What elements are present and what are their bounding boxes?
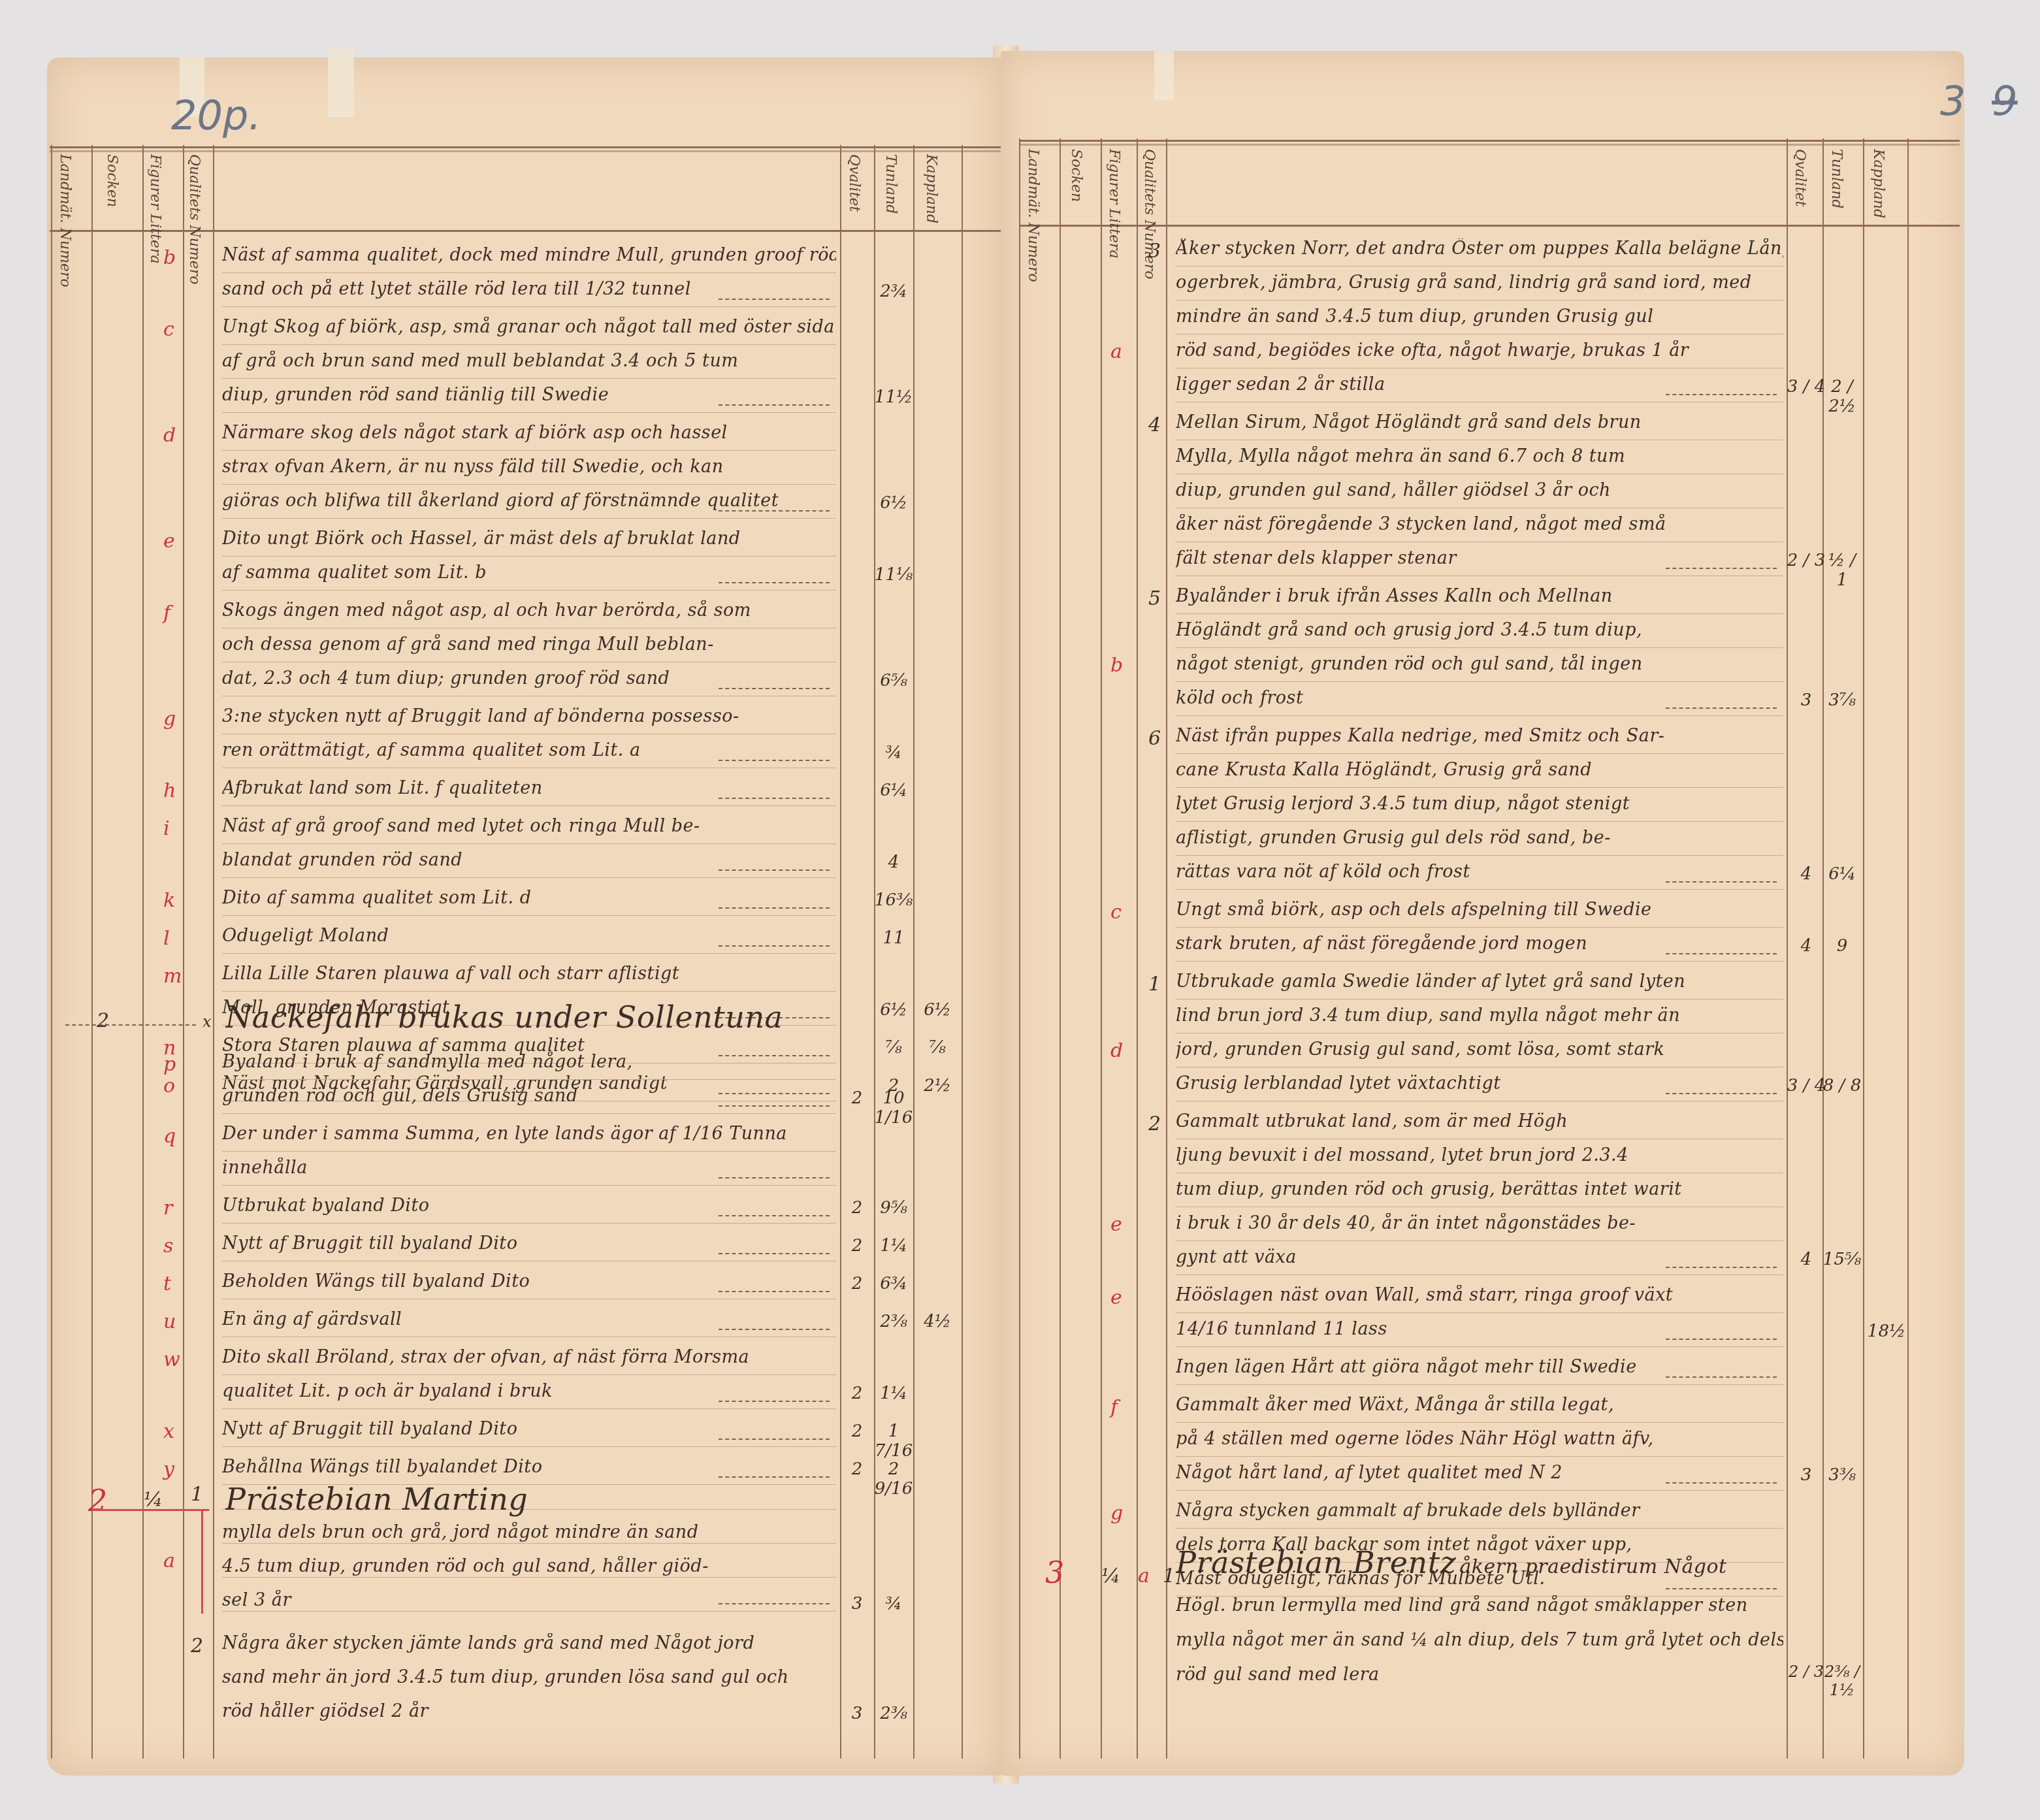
col-line [183,145,184,1759]
entry-line: rättas vara nöt af köld och frost [1176,862,1783,882]
section-heading-marting: Prästebian Marting [225,1482,528,1517]
leader-dots [719,299,830,300]
entry-line: Beholden Wängs till byaland Dito [222,1271,836,1292]
line-text: Ingen lägen Hårt att giöra något mehr ti… [1176,1357,1637,1377]
heading-text: Prästebian Brentz [1176,1545,1456,1580]
folio-struck: 9 [1992,77,2017,125]
ruled-line [1176,542,1783,542]
entry-marker: 3 [1148,240,1161,263]
qvalitet-value: 2 [837,1236,877,1256]
entry-marker: 1 [1148,973,1161,996]
tunland-value: 6⅝ [874,671,913,691]
ruled-line [222,1374,836,1375]
tunland-value: 2⅜ [874,1312,913,1331]
folio-number-right: 3 9 [1940,77,2018,125]
ruled-line [1176,1033,1783,1033]
entry-line: Åker stycken Norr, det andra Öster om pu… [1176,238,1783,259]
qvalitet-value: 3 / 4 [1787,377,1826,397]
landmat-no-3-red: 3 [1045,1555,1064,1590]
entry-marker: f [1110,1396,1118,1419]
entry-marker: c [1110,901,1122,924]
line-text: qualitet Lit. p och är byaland i bruk [222,1381,553,1401]
entry-line: Ungt små biörk, asp och dels afspelning … [1176,900,1783,920]
col-line [962,145,963,1759]
ruled-line [1176,1139,1783,1139]
line-text: ljung bevuxit i del mossand, lytet brun … [1176,1145,1628,1165]
section-heading-brentz: Prästebian Brentz åkern praedistirum Någ… [1176,1545,1727,1580]
ruled-line [222,344,836,345]
ruled-line [222,1261,836,1261]
leader-dots [719,1105,830,1107]
tunland-value: 6¼ [874,781,913,800]
ruled-line [1176,474,1783,474]
heading-text: Nackefahr brukas under Sollentuna [225,999,783,1035]
line-text: cane Krusta Kalla Högländt, Grusig grå s… [1176,760,1592,780]
ruled-line [1176,613,1783,614]
tunland-value: 9⅝ [874,1198,913,1218]
line-text: giöras och blifwa till åkerland giord af… [222,491,779,511]
col-line [1101,138,1102,1759]
leader-dots [719,1177,830,1178]
ruled-line [1176,1101,1783,1101]
tunland-value: 1 7/16 [874,1422,913,1461]
line-text: Der under i samma Summa, en lyte lands ä… [222,1124,787,1144]
line-text: Några åker stycken jämte lands grå sand … [222,1633,754,1653]
tunland-value: 8 / 8 [1822,1076,1862,1096]
tunland-value: 3⅜ [1822,1465,1862,1485]
line-text: röd gul sand med lera [1176,1665,1380,1685]
entry-line: Ingen lägen Hårt att giöra något mehr ti… [1176,1357,1783,1377]
line-text: jord, grunden Grusig gul sand, somt lösa… [1176,1039,1664,1060]
entry-marker: s [163,1235,173,1258]
line-text: diup, grunden gul sand, håller giödsel 3… [1176,480,1611,500]
qvalitet-value: 3 [1787,1465,1826,1485]
line-text: Nytt af Bruggit till byaland Dito [222,1233,517,1254]
entry-line: Dito skall Bröland, strax der ofvan, af … [222,1347,836,1367]
line-text: Beholden Wängs till byaland Dito [222,1271,530,1292]
line-text: något stenigt, grunden röd och gul sand,… [1176,654,1643,674]
entry-marker: x [163,1420,174,1443]
line-text: sand och på ett lytet ställe röd lera ti… [222,279,691,299]
tunland-value: 16⅜ [874,890,913,910]
leader-dots [719,1291,830,1292]
tunland-value: 11⅛ [874,565,913,585]
entry-marker: 6 [1148,727,1161,750]
line-text: Gammalt åker med Wäxt, Många år stilla l… [1176,1395,1614,1415]
line-text: mylla dels brun och grå, jord något mind… [222,1522,698,1542]
line-text: Grusig lerblandad lytet växtachtigt [1176,1073,1501,1094]
ruled-line [222,915,836,916]
leader-dots [1666,1482,1777,1484]
qvalitet-value: 3 [837,1704,877,1723]
leader-dots [719,1329,830,1330]
ruled-line [1176,440,1783,440]
entry-marker: g [1110,1502,1123,1525]
leader-dots [1666,953,1777,954]
entry-marker: t [163,1273,171,1295]
entry-line: Gammalt utbrukat land, som är med Högh [1176,1111,1783,1131]
ruled-line [222,484,836,485]
line-text: diup, grunden röd sand tiänlig till Swed… [222,385,609,405]
ruled-line [1176,961,1783,962]
ruled-line [222,1151,836,1152]
line-text: i bruk i 30 år dels 40, år än intet någo… [1176,1213,1636,1233]
ruled-line [1176,1456,1783,1457]
line-text: Utbrukade gamla Swedie länder af lytet g… [1176,971,1685,992]
ruled-line [1176,787,1783,788]
colhead-tunland: Tunland [883,154,898,214]
entry-line: Lilla Lille Staren plauwa af vall och st… [222,964,836,984]
entry-marker: 4 [1148,414,1161,436]
line-text: Näst ifrån puppes Kalla nedrige, med Smi… [1176,726,1664,746]
leader-dots [1666,881,1777,883]
line-text: af grå och brun sand med mull beblandat … [222,351,738,371]
colhead-figurer-littera: Figurer Littera [148,154,163,264]
entry-line: diup, grunden gul sand, håller giödsel 3… [1176,480,1783,500]
header-rule-top-right-2 [1019,144,1960,146]
entry-marker: h [163,779,176,802]
colhead-kappland: Kappland [924,154,939,223]
ruled-line [222,590,836,591]
tunland-value: 2¾ [874,282,913,301]
entry-line: Näst af grå groof sand med lytet och rin… [222,816,836,836]
ruled-line [222,306,836,307]
tunland-value: ¾ [874,743,913,762]
line-text: Ungt små biörk, asp och dels afspelning … [1176,900,1652,920]
line-text: lytet Grusig lerjord 3.4.5 tum diup, någ… [1176,794,1630,814]
line-text: fält stenar dels klapper stenar [1176,548,1457,568]
ruled-line [222,734,836,734]
ruled-line [222,662,836,662]
ruled-line [222,1299,836,1299]
ruled-line [222,518,836,519]
ruled-line [1176,999,1783,999]
header-rule-bottom-right [1019,225,1960,227]
entry-line: ligger sedan 2 år stilla [1176,374,1783,395]
entry-line: i bruk i 30 år dels 40, år än intet någo… [1176,1213,1783,1233]
line-text: strax ofvan Akern, är nu nyss fäld till … [222,457,724,477]
line-text: Skogs ängen med något asp, al och hvar b… [222,600,751,621]
tunland-value: ⅞ [874,1038,913,1058]
qvalitet-value: 2 [837,1459,877,1479]
entry-line: Dito ungt Biörk och Hassel, är mäst dels… [222,528,836,549]
line-text: på 4 ställen med ogerne lödes Nähr Högl … [1176,1429,1654,1449]
folio-number-left: 20p. [171,91,261,139]
colhead-qvalitet: Qvalitet [847,154,862,212]
colhead-figurer-littera: Figurer Littera [1107,149,1122,259]
ruled-line [1176,1241,1783,1241]
line-text: ren orättmätigt, af samma qualitet som L… [222,740,641,760]
entry-line: Närmare skog dels något stark af biörk a… [222,423,836,443]
header-rule-top-right [1019,140,1960,142]
ruled-line [1176,300,1783,301]
ruled-line [1176,1528,1783,1529]
ruled-line [222,450,836,451]
entry-marker: d [163,424,176,447]
entry-marker: g [163,707,176,730]
entry-line: Skogs ängen med något asp, al och hvar b… [222,600,836,621]
leader-dots [719,510,830,512]
figure-letter: b [1110,654,1123,677]
leader-dots [65,1024,196,1026]
qual-no-1: 1 [1163,1565,1175,1587]
colhead-landmat-numero: Landmät. Numero [57,154,73,287]
entry-line: gynt att växa [1176,1247,1783,1267]
leader-dots [719,1401,830,1402]
line-text: röd håller giödsel 2 år [222,1701,429,1721]
line-text: Dito af samma qualitet som Lit. d [222,888,531,908]
entry-line: fält stenar dels klapper stenar [1176,548,1783,568]
leader-dots [719,869,830,871]
entry-line: Några stycken gammalt af brukade dels by… [1176,1501,1783,1521]
entry-marker: e [1110,1286,1122,1309]
colhead-socken: Socken [105,154,120,207]
entry-line: tum diup, grunden röd och grusig, berätt… [1176,1179,1783,1199]
col-line [1863,138,1864,1759]
tunland-value: 6½ [874,1000,913,1020]
entry-line: Utbrukade gamla Swedie länder af lytet g… [1176,971,1783,992]
socken-mark-x: x [202,1013,212,1031]
heading-text: Prästebian Marting [225,1482,528,1517]
qvalitet-value: 4 [1787,1250,1826,1269]
line-text: Något hårt land, af lytet qualitet med N… [1176,1463,1562,1483]
col-line [913,145,915,1759]
entry-line: 3:ne stycken nytt af Bruggit land af bön… [222,706,836,726]
entry-line: cane Krusta Kalla Högländt, Grusig grå s… [1176,760,1783,780]
entry-line: Nytt af Bruggit till byaland Dito [222,1233,836,1254]
line-text: åker näst föregående 3 stycken land, någ… [1176,514,1666,534]
ruled-line [222,805,836,806]
entry-line: Utbrukat byaland Dito [222,1195,836,1216]
entry-line: Odugeligt Moland [222,926,836,946]
ruled-line [1176,1275,1783,1275]
tunland-value: 3⅞ [1822,691,1862,710]
colhead-landmat-numero: Landmät. Numero [1026,149,1041,282]
entry-marker: y [163,1458,174,1481]
line-text: Byalånder i bruk ifrån Asses Kalln och M… [1176,586,1613,606]
socken-fraction: ¼ [144,1488,163,1511]
ruled-line [222,877,836,878]
line-text: Mylla, Mylla något mehra än sand 6.7 och… [1176,446,1625,466]
qvalitet-value: 3 [1787,691,1826,710]
line-text: sel 3 år [222,1590,291,1610]
entry-line: Behållna Wängs till byalandet Dito [222,1457,836,1477]
leader-dots [1666,568,1777,569]
entry-marker: i [163,817,170,840]
tunland-value: 2 / 2½ [1822,377,1862,416]
ruled-line [1176,927,1783,928]
line-text: En äng af gärdsvall [222,1309,402,1329]
entry-marker: o [163,1075,175,1097]
folio-current: 3 [1940,77,1966,125]
entry-line: lytet Grusig lerjord 3.4.5 tum diup, någ… [1176,794,1783,814]
figure-letter: e [1110,1213,1122,1236]
tunland-value: ¾ [874,1594,913,1614]
line-text: Byaland i bruk af sandmylla med något le… [222,1052,633,1072]
entry-marker: u [163,1310,176,1333]
heading-suffix: åkern praedistirum Något [1459,1555,1726,1578]
entry-marker: r [163,1197,172,1220]
entry-marker: 1 [191,1483,203,1506]
leader-dots [1666,1093,1777,1094]
leader-dots [719,1438,830,1440]
landmat-no-2: 2 [97,1009,109,1032]
qvalitet-value: 2 [837,1384,877,1403]
line-text: mylla något mer än sand ¼ aln diup, dels… [1176,1630,1783,1650]
entry-line: innehålla [222,1158,836,1178]
leader-dots [1666,394,1777,395]
entry-line: grunden röd och gul, dels Grusig sand [222,1086,836,1106]
entry-line: sand mehr än jord 3.4.5 tum diup, grunde… [222,1667,836,1687]
colhead-qvalitet: Qvalitet [1792,149,1807,206]
line-text: Utbrukat byaland Dito [222,1195,430,1216]
entry-line: 14/16 tunnland 11 lass [1176,1319,1783,1339]
line-text: Ungt Skog af biörk, asp, små granar och … [222,317,836,337]
entry-line: något stenigt, grunden röd och gul sand,… [1176,654,1783,674]
line-text: röd sand, begiödes icke ofta, något hwar… [1176,340,1689,361]
line-text: aflistigt, grunden Grusig gul dels röd s… [1176,828,1611,848]
tunland-value: 6½ [874,493,913,513]
figure-letter: a [1110,340,1122,363]
col-line [1907,138,1909,1759]
ruled-line [222,1446,836,1447]
header-rule-top-left [50,146,1001,148]
qvalitet-value: 4 [1787,936,1826,956]
entry-line: Näst ifrån puppes Kalla nedrige, med Smi… [1176,726,1783,746]
entry-line: Mylla, Mylla något mehra än sand 6.7 och… [1176,446,1783,466]
line-text: af samma qualitet som Lit. b [222,562,487,583]
ruled-line [222,1337,836,1337]
line-text: Högländt grå sand och grusig jord 3.4.5 … [1176,620,1642,640]
col-line [51,145,52,1759]
repair-tape [1154,51,1174,101]
ruled-line [1176,715,1783,716]
ruled-line [1176,402,1783,402]
line-text: Näst af samma qualitet, dock med mindre … [222,245,836,265]
line-text: 4.5 tum diup, grunden röd och gul sand, … [222,1556,709,1576]
colhead-qualitets-numero: Qualitets Numero [187,154,202,284]
qvalitet-value: 3 [837,1594,877,1614]
entry-marker: c [163,318,174,341]
line-text: tum diup, grunden röd och grusig, berätt… [1176,1179,1682,1199]
red-bracket [201,1509,203,1614]
ruled-line [1176,1490,1783,1491]
entry-line: Näst af samma qualitet, dock med mindre … [222,245,836,265]
entry-line: Grusig lerblandad lytet växtachtigt [1176,1073,1783,1094]
tunland-value: 2 9/16 [874,1459,913,1499]
leader-dots [1666,1267,1777,1268]
leader-dots [1666,1376,1777,1378]
entry-line: Der under i samma Summa, en lyte lands ä… [222,1124,836,1144]
colhead-kappland: Kappland [1871,149,1886,218]
colhead-tunland: Tunland [1829,149,1844,208]
line-text: Gammalt utbrukat land, som är med Högh [1176,1111,1568,1131]
ruled-line [1176,889,1783,890]
line-text: Dito ungt Biörk och Hassel, är mäst dels… [222,528,741,549]
entry-line: af samma qualitet som Lit. b [222,562,836,583]
entry-line: En äng af gärdsvall [222,1309,836,1329]
ruled-line [222,768,836,768]
entry-line: Nytt af Bruggit till byaland Dito [222,1419,836,1439]
ruled-line [1176,1173,1783,1173]
entry-marker: k [163,889,175,912]
tunland-value: 4 [874,853,913,872]
line-text: Åker stycken Norr, det andra Öster om pu… [1176,238,1783,259]
line-text: Lilla Lille Staren plauwa af vall och st… [222,964,679,984]
col-line [142,145,144,1759]
ruled-line [1176,368,1783,368]
colhead-socken: Socken [1069,149,1084,202]
entry-marker: b [163,246,176,269]
repair-tape [328,48,354,118]
line-text: Näst af grå groof sand med lytet och rin… [222,816,700,836]
line-text: Afbrukat land som Lit. f qualiteten [222,778,543,798]
entry-marker: 2 [191,1634,203,1657]
entry-line: jord, grunden Grusig gul sand, somt lösa… [1176,1039,1783,1060]
entry-line: giöras och blifwa till åkerland giord af… [222,491,836,511]
entry-line: ren orättmätigt, af samma qualitet som L… [222,740,836,760]
col-line [1166,138,1167,1759]
entry-line: Hööslagen näst ovan Wall, små starr, rin… [1176,1285,1783,1305]
ruled-line [222,1113,836,1114]
ruled-line [1176,1067,1783,1067]
kappland-value: ⅞ [918,1038,957,1058]
kappland-value: 6½ [918,1000,957,1020]
entry-line: dat, 2.3 och 4 tum diup; grunden groof r… [222,668,836,689]
leader-dots [719,760,830,761]
entry-line: mylla dels brun och grå, jord något mind… [222,1522,836,1542]
col-line [840,145,841,1759]
figure-a: a [1138,1565,1150,1587]
ruled-line [1176,508,1783,508]
header-rule-top-left-2 [50,150,1001,152]
entry-line: röd håller giödsel 2 år [222,1701,836,1721]
tunland-value: 15⅝ [1822,1250,1862,1269]
leader-dots [719,582,830,583]
ruled-line [222,628,836,628]
brentz-line: mylla något mer än sand ¼ aln diup, dels… [1176,1630,1783,1650]
col-line [1060,138,1061,1759]
ruled-line [222,1079,836,1080]
entry-marker: m [163,965,182,988]
tunland-value: 9 [1822,936,1862,956]
line-text: Odugeligt Moland [222,926,389,946]
entry-line: Ungt Skog af biörk, asp, små granar och … [222,317,836,337]
ruled-line [1176,753,1783,754]
line-text: blandat grunden röd sand [222,850,462,870]
figure-letter: a [163,1550,175,1572]
ruled-line [222,272,836,273]
ruled-line [222,378,836,379]
qvalitet-value: 2 [837,1422,877,1441]
ruled-line [222,696,836,696]
line-text: sand mehr än jord 3.4.5 tum diup, grunde… [222,1667,789,1687]
tunland-value: 1¼ [874,1236,913,1256]
line-text: mindre än sand 3.4.5 tum diup, grunden G… [1176,306,1653,327]
ruled-line [1176,334,1783,334]
qvalitet-value: 2 / 3 [1787,1663,1826,1681]
entry-line: åker näst föregående 3 stycken land, någ… [1176,514,1783,534]
entry-line: af grå och brun sand med mull beblandat … [222,351,836,371]
line-text: köld och frost [1176,688,1303,708]
entry-line: och dessa genom af grå sand med ringa Mu… [222,634,836,655]
entry-marker: q [163,1125,176,1148]
ruled-line [1176,1422,1783,1423]
entry-line: ljung bevuxit i del mossand, lytet brun … [1176,1145,1783,1165]
line-text: ligger sedan 2 år stilla [1176,374,1385,395]
entry-line: mindre än sand 3.4.5 tum diup, grunden G… [1176,306,1783,327]
entry-line: sand och på ett lytet ställe röd lera ti… [222,279,836,299]
